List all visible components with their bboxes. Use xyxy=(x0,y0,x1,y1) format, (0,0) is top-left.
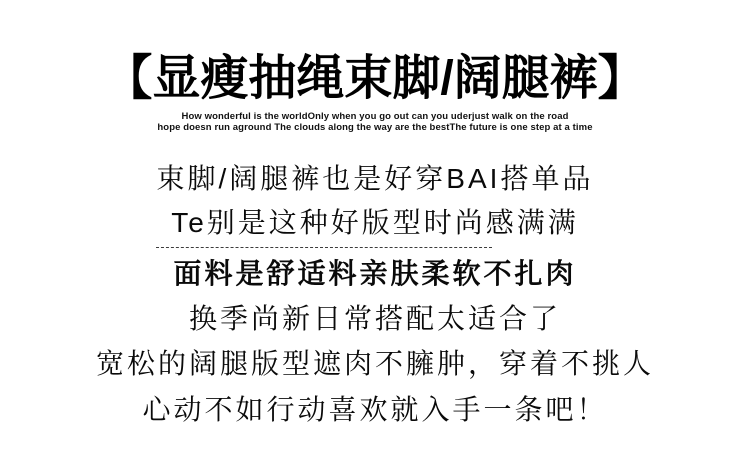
subtitle-english: How wonderful is the worldOnly when you … xyxy=(0,112,750,133)
body-line-6: 心动不如行动喜欢就入手一条吧！ xyxy=(0,395,750,425)
body-line-5: 宽松的阔腿版型遮肉不臃肿，穿着不挑人 xyxy=(0,349,750,379)
body-line-2: Te别是这种好版型时尚感满满 xyxy=(0,208,750,238)
subtitle-line-1: How wonderful is the worldOnly when you … xyxy=(0,112,750,123)
subtitle-line-2: hope doesn run aground The clouds along … xyxy=(0,123,750,134)
body-line-4: 换季尚新日常搭配太适合了 xyxy=(0,304,750,334)
body-line-3: 面料是舒适料亲肤柔软不扎肉 xyxy=(0,259,750,289)
page-title: 【显瘦抽绳束脚/阔腿裤】 xyxy=(0,52,750,106)
product-description-banner: 【显瘦抽绳束脚/阔腿裤】 How wonderful is the worldO… xyxy=(0,0,750,475)
dashed-divider xyxy=(156,247,492,248)
body-line-1: 束脚/阔腿裤也是好穿BAI搭单品 xyxy=(0,164,750,194)
